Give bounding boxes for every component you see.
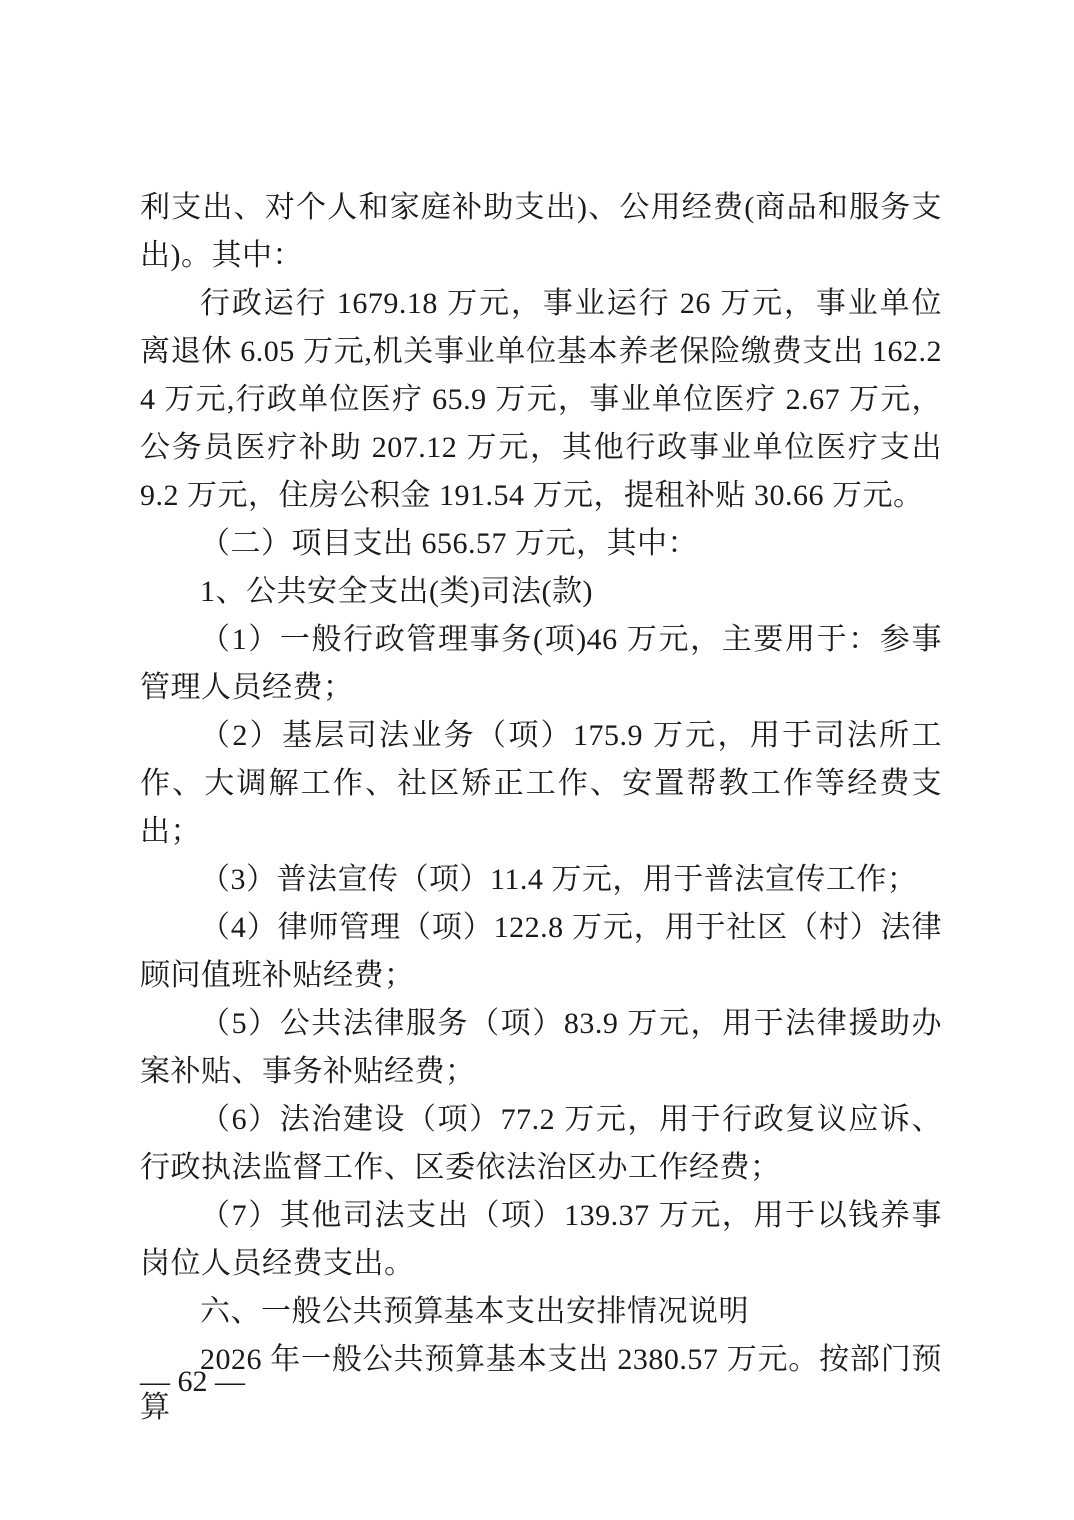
paragraph-item-7: （7）其他司法支出（项）139.37 万元，用于以钱养事岗位人员经费支出。 bbox=[140, 1192, 942, 1288]
document-page: 利支出、对个人和家庭补助支出)、公用经费(商品和服务支出)。其中： 行政运行 1… bbox=[0, 0, 1074, 1520]
paragraph-basic-expenditure-detail: 行政运行 1679.18 万元，事业运行 26 万元，事业单位离退休 6.05 … bbox=[140, 280, 942, 520]
paragraph-continuation: 利支出、对个人和家庭补助支出)、公用经费(商品和服务支出)。其中： bbox=[140, 184, 942, 280]
paragraph-item-5: （5）公共法律服务（项）83.9 万元，用于法律援助办案补贴、事务补贴经费； bbox=[140, 1000, 942, 1096]
page-number: — 62 — bbox=[140, 1362, 245, 1402]
paragraph-public-safety-heading: 1、公共安全支出(类)司法(款) bbox=[140, 568, 942, 616]
paragraph-section-six-body: 2026 年一般公共预算基本支出 2380.57 万元。按部门预算 bbox=[140, 1336, 942, 1432]
paragraph-item-3: （3）普法宣传（项）11.4 万元，用于普法宣传工作； bbox=[140, 856, 942, 904]
paragraph-item-1: （1）一般行政管理事务(项)46 万元，主要用于：参事管理人员经费； bbox=[140, 616, 942, 712]
paragraph-item-6: （6）法治建设（项）77.2 万元，用于行政复议应诉、行政执法监督工作、区委依法… bbox=[140, 1096, 942, 1192]
paragraph-project-expenditure-heading: （二）项目支出 656.57 万元，其中： bbox=[140, 520, 942, 568]
document-body: 利支出、对个人和家庭补助支出)、公用经费(商品和服务支出)。其中： 行政运行 1… bbox=[140, 184, 942, 1432]
paragraph-section-six-heading: 六、一般公共预算基本支出安排情况说明 bbox=[140, 1288, 942, 1336]
paragraph-item-4: （4）律师管理（项）122.8 万元，用于社区（村）法律顾问值班补贴经费； bbox=[140, 904, 942, 1000]
paragraph-item-2: （2）基层司法业务（项）175.9 万元，用于司法所工作、大调解工作、社区矫正工… bbox=[140, 712, 942, 856]
